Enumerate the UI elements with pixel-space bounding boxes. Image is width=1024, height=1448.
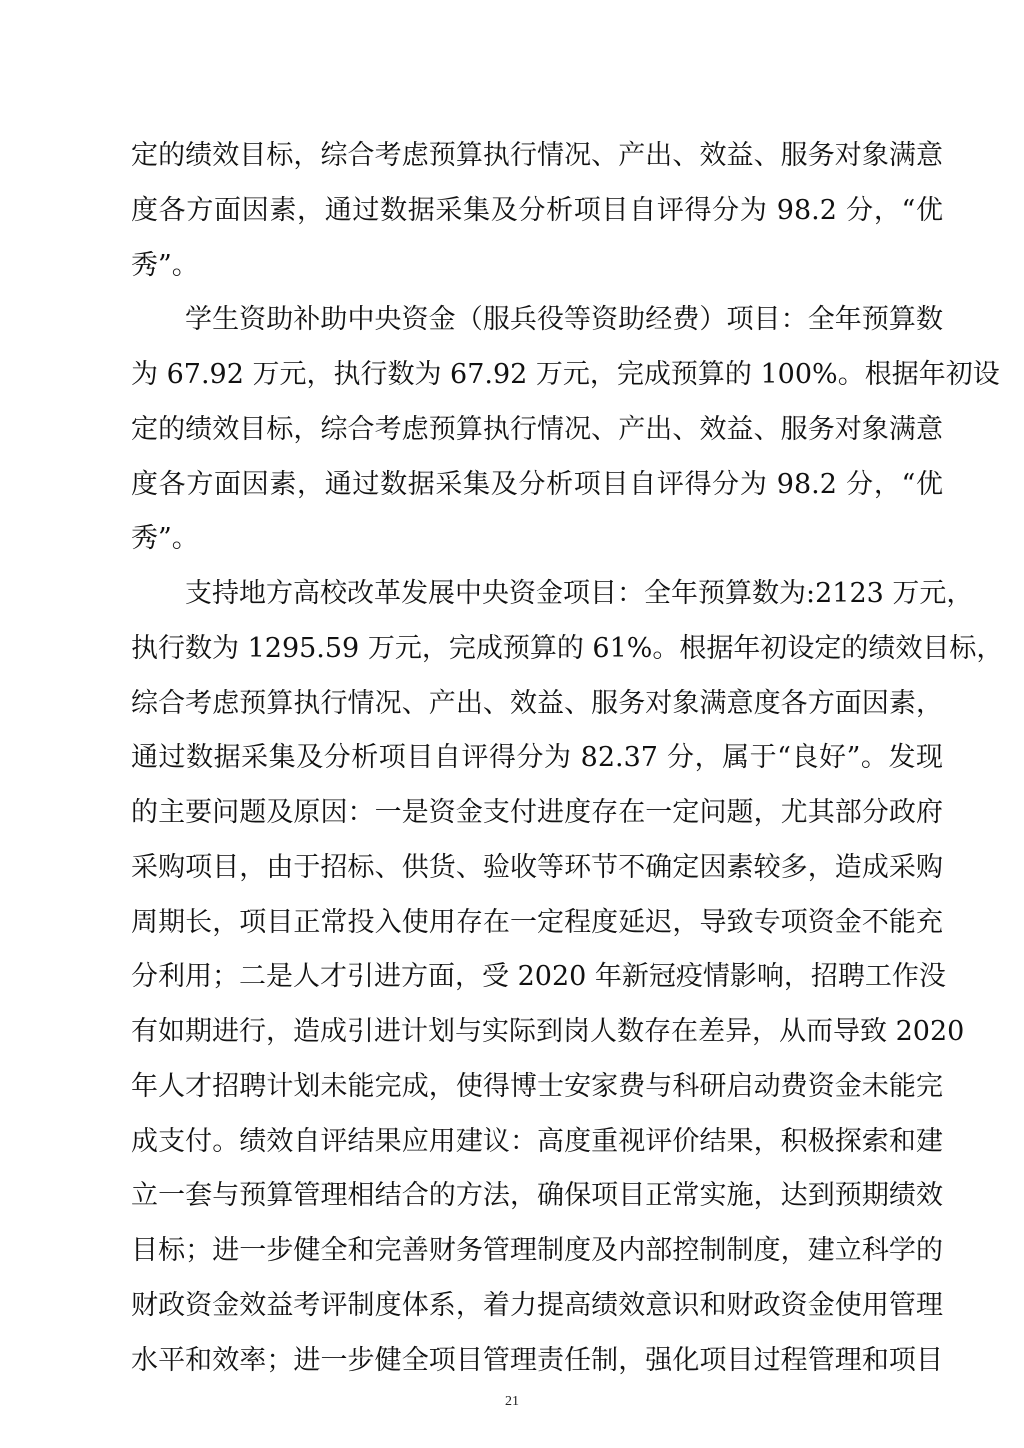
text-line: 周期长，项目正常投入使用存在一定程度延迟，导致专项资金不能充 [131,905,943,941]
text-line: 秀”。 [131,248,943,284]
text-line: 年人才招聘计划未能完成，使得博士安家费与科研启动费资金未能完 [131,1069,943,1105]
text-line: 分利用；二是人才引进方面，受 2020 年新冠疫情影响，招聘工作没 [131,959,943,995]
text-line: 目标；进一步健全和完善财务管理制度及内部控制制度，建立科学的 [131,1233,943,1269]
text-line: 秀”。 [131,521,943,557]
text-line: 的主要问题及原因：一是资金支付进度存在一定问题，尤其部分政府 [131,795,943,831]
text-line: 采购项目，由于招标、供货、验收等环节不确定因素较多，造成采购 [131,850,943,886]
text-line: 综合考虑预算执行情况、产出、效益、服务对象满意度各方面因素， [131,686,943,722]
page-number: 21 [0,1394,1024,1410]
text-line: 财政资金效益考评制度体系，着力提高绩效意识和财政资金使用管理 [131,1288,943,1324]
text-line: 执行数为 1295.59 万元，完成预算的 61%。根据年初设定的绩效目标， [131,631,943,667]
text-line: 成支付。绩效自评结果应用建议：高度重视评价结果，积极探索和建 [131,1124,943,1160]
text-line: 度各方面因素，通过数据采集及分析项目自评得分为 98.2 分，“优 [131,193,943,229]
text-line: 学生资助补助中央资金（服兵役等资助经费）项目：全年预算数 [185,302,943,338]
text-line: 定的绩效目标，综合考虑预算执行情况、产出、效益、服务对象满意 [131,138,943,174]
text-line: 水平和效率；进一步健全项目管理责任制，强化项目过程管理和项目 [131,1343,943,1379]
text-line: 为 67.92 万元，执行数为 67.92 万元，完成预算的 100%。根据年初… [131,357,943,393]
text-line: 有如期进行，造成引进计划与实际到岗人数存在差异，从而导致 2020 [131,1014,943,1050]
text-line: 度各方面因素，通过数据采集及分析项目自评得分为 98.2 分，“优 [131,467,943,503]
text-line: 通过数据采集及分析项目自评得分为 82.37 分，属于“良好”。发现 [131,740,943,776]
text-line: 立一套与预算管理相结合的方法，确保项目正常实施，达到预期绩效 [131,1178,943,1214]
text-line: 定的绩效目标，综合考虑预算执行情况、产出、效益、服务对象满意 [131,412,943,448]
document-page: 定的绩效目标，综合考虑预算执行情况、产出、效益、服务对象满意度各方面因素，通过数… [0,0,1024,1448]
text-line: 支持地方高校改革发展中央资金项目：全年预算数为:2123 万元， [185,576,943,612]
